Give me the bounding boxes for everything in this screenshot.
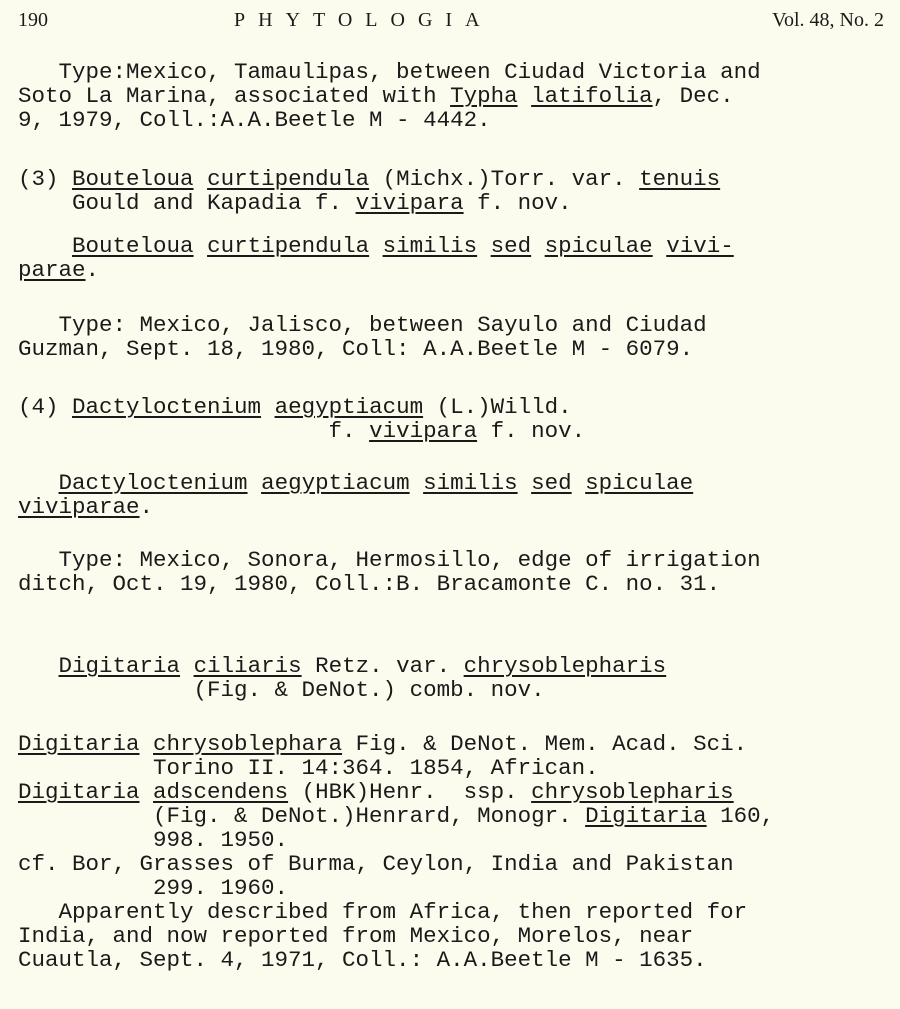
text-line: Cuautla, Sept. 4, 1971, Coll.: A.A.Beetl… bbox=[18, 948, 774, 972]
text-run: Type: Mexico, Sonora, Hermosillo, edge o… bbox=[18, 547, 761, 573]
taxon-name: ciliaris bbox=[194, 653, 302, 679]
taxon-name: similis bbox=[383, 233, 478, 259]
text-line: viviparae. bbox=[18, 495, 693, 519]
taxon-name: viviparae bbox=[18, 494, 140, 520]
taxon-name: Dactyloctenium bbox=[59, 470, 248, 496]
diagnosis-entry-4: Dactyloctenium aegyptiacum similis sed s… bbox=[18, 471, 693, 519]
text-run: Apparently described from Africa, then r… bbox=[18, 899, 747, 925]
page-number: 190 bbox=[18, 8, 48, 32]
volume-issue: Vol. 48, No. 2 bbox=[772, 8, 884, 32]
text-run: 9, 1979, Coll.:A.A.Beetle M - 4442. bbox=[18, 107, 491, 133]
taxon-name: parae bbox=[18, 257, 86, 283]
text-line: Digitaria chrysoblephara Fig. & DeNot. M… bbox=[18, 732, 774, 756]
text-run bbox=[518, 83, 532, 109]
text-line: Torino II. 14:364. 1854, African. bbox=[18, 756, 774, 780]
text-line: (4) Dactyloctenium aegyptiacum (L.)Willd… bbox=[18, 395, 585, 419]
taxon-name: tenuis bbox=[639, 166, 720, 192]
text-run: Retz. var. bbox=[302, 653, 464, 679]
text-run bbox=[180, 653, 194, 679]
text-line: f. vivipara f. nov. bbox=[18, 419, 585, 443]
text-run: Torino II. 14:364. 1854, African. bbox=[18, 755, 599, 781]
taxon-name: Bouteloua bbox=[72, 233, 194, 259]
text-run bbox=[18, 233, 72, 259]
type-locality-tamaulipas: Type:Mexico, Tamaulipas, between Ciudad … bbox=[18, 60, 761, 132]
taxon-name: chrysoblepharis bbox=[531, 779, 734, 805]
taxon-name: vivi- bbox=[666, 233, 734, 259]
text-run: (L.)Willd. bbox=[423, 394, 572, 420]
text-run: f. nov. bbox=[477, 418, 585, 444]
text-run: (3) bbox=[18, 166, 72, 192]
text-run: f. bbox=[18, 418, 369, 444]
text-run bbox=[18, 653, 59, 679]
text-run: . bbox=[140, 494, 154, 520]
text-run: (Fig. & DeNot.)Henrard, Monogr. bbox=[18, 803, 585, 829]
text-line: Type: Mexico, Jalisco, between Sayulo an… bbox=[18, 313, 707, 337]
text-run: Type:Mexico, Tamaulipas, between Ciudad … bbox=[18, 59, 761, 85]
taxon-name: Digitaria bbox=[59, 653, 181, 679]
journal-title: PHYTOLOGIA bbox=[234, 8, 493, 32]
text-run: Type: Mexico, Jalisco, between Sayulo an… bbox=[18, 312, 707, 338]
taxon-name: chrysoblephara bbox=[153, 731, 342, 757]
text-run: ditch, Oct. 19, 1980, Coll.:B. Bracamont… bbox=[18, 571, 720, 597]
text-run bbox=[369, 233, 383, 259]
text-run: 998. 1950. bbox=[18, 827, 288, 853]
type-locality-jalisco: Type: Mexico, Jalisco, between Sayulo an… bbox=[18, 313, 707, 361]
text-run: (Fig. & DeNot.) comb. nov. bbox=[18, 677, 545, 703]
text-line: Type:Mexico, Tamaulipas, between Ciudad … bbox=[18, 60, 761, 84]
taxon-name: curtipendula bbox=[207, 166, 369, 192]
text-run bbox=[531, 233, 545, 259]
text-run bbox=[477, 233, 491, 259]
taxon-name: sed bbox=[491, 233, 532, 259]
taxon-entry-3: (3) Bouteloua curtipendula (Michx.)Torr.… bbox=[18, 167, 720, 215]
text-run: (4) bbox=[18, 394, 72, 420]
text-line: cf. Bor, Grasses of Burma, Ceylon, India… bbox=[18, 852, 774, 876]
taxon-entry-4: (4) Dactyloctenium aegyptiacum (L.)Willd… bbox=[18, 395, 585, 443]
taxon-name: aegyptiacum bbox=[261, 470, 410, 496]
text-run bbox=[140, 731, 154, 757]
digitaria-synonymy: Digitaria chrysoblephara Fig. & DeNot. M… bbox=[18, 732, 774, 972]
text-run bbox=[18, 470, 59, 496]
taxon-name: vivipara bbox=[356, 190, 464, 216]
text-line: (Fig. & DeNot.)Henrard, Monogr. Digitari… bbox=[18, 804, 774, 828]
text-line: Bouteloua curtipendula similis sed spicu… bbox=[18, 234, 734, 258]
taxon-name: spiculae bbox=[585, 470, 693, 496]
taxon-name: Digitaria bbox=[18, 779, 140, 805]
taxon-name: Digitaria bbox=[18, 731, 140, 757]
text-run bbox=[410, 470, 424, 496]
taxon-name: Bouteloua bbox=[72, 166, 194, 192]
text-run: cf. Bor, Grasses of Burma, Ceylon, India… bbox=[18, 851, 734, 877]
text-run: (Michx.)Torr. var. bbox=[369, 166, 639, 192]
taxon-name: curtipendula bbox=[207, 233, 369, 259]
taxon-name: Typha bbox=[450, 83, 518, 109]
text-run: India, and now reported from Mexico, Mor… bbox=[18, 923, 693, 949]
taxon-name: spiculae bbox=[545, 233, 653, 259]
text-run: 299. 1960. bbox=[18, 875, 288, 901]
text-run: Cuautla, Sept. 4, 1971, Coll.: A.A.Beetl… bbox=[18, 947, 707, 973]
diagnosis-entry-3: Bouteloua curtipendula similis sed spicu… bbox=[18, 234, 734, 282]
text-run bbox=[653, 233, 667, 259]
text-line: Digitaria adscendens (HBK)Henr. ssp. chr… bbox=[18, 780, 774, 804]
taxon-name: sed bbox=[531, 470, 572, 496]
text-run: Gould and Kapadia f. bbox=[18, 190, 356, 216]
text-run: Fig. & DeNot. Mem. Acad. Sci. bbox=[342, 731, 747, 757]
text-run bbox=[140, 779, 154, 805]
running-header: 190 PHYTOLOGIA Vol. 48, No. 2 bbox=[18, 8, 884, 32]
text-run bbox=[248, 470, 262, 496]
text-line: Type: Mexico, Sonora, Hermosillo, edge o… bbox=[18, 548, 761, 572]
text-run bbox=[194, 233, 208, 259]
text-run: Guzman, Sept. 18, 1980, Coll: A.A.Beetle… bbox=[18, 336, 693, 362]
digitaria-heading: Digitaria ciliaris Retz. var. chrysoblep… bbox=[18, 654, 666, 702]
taxon-name: chrysoblepharis bbox=[464, 653, 667, 679]
text-line: Gould and Kapadia f. vivipara f. nov. bbox=[18, 191, 720, 215]
taxon-name: similis bbox=[423, 470, 518, 496]
taxon-name: Digitaria bbox=[585, 803, 707, 829]
text-run: , Dec. bbox=[653, 83, 734, 109]
text-line: Dactyloctenium aegyptiacum similis sed s… bbox=[18, 471, 693, 495]
text-run: f. nov. bbox=[464, 190, 572, 216]
taxon-name: Dactyloctenium bbox=[72, 394, 261, 420]
text-line: parae. bbox=[18, 258, 734, 282]
text-run: (HBK)Henr. ssp. bbox=[288, 779, 531, 805]
taxon-name: latifolia bbox=[531, 83, 653, 109]
text-line: 299. 1960. bbox=[18, 876, 774, 900]
text-run: Soto La Marina, associated with bbox=[18, 83, 450, 109]
text-run bbox=[572, 470, 586, 496]
taxon-name: adscendens bbox=[153, 779, 288, 805]
text-line: Guzman, Sept. 18, 1980, Coll: A.A.Beetle… bbox=[18, 337, 707, 361]
text-run bbox=[194, 166, 208, 192]
text-line: Apparently described from Africa, then r… bbox=[18, 900, 774, 924]
text-line: (Fig. & DeNot.) comb. nov. bbox=[18, 678, 666, 702]
text-line: Digitaria ciliaris Retz. var. chrysoblep… bbox=[18, 654, 666, 678]
text-run: . bbox=[86, 257, 100, 283]
text-line: 9, 1979, Coll.:A.A.Beetle M - 4442. bbox=[18, 108, 761, 132]
text-line: 998. 1950. bbox=[18, 828, 774, 852]
type-locality-sonora: Type: Mexico, Sonora, Hermosillo, edge o… bbox=[18, 548, 761, 596]
taxon-name: aegyptiacum bbox=[275, 394, 424, 420]
text-run bbox=[518, 470, 532, 496]
text-line: Soto La Marina, associated with Typha la… bbox=[18, 84, 761, 108]
text-run bbox=[261, 394, 275, 420]
text-line: ditch, Oct. 19, 1980, Coll.:B. Bracamont… bbox=[18, 572, 761, 596]
text-run: 160, bbox=[707, 803, 775, 829]
taxon-name: vivipara bbox=[369, 418, 477, 444]
text-line: (3) Bouteloua curtipendula (Michx.)Torr.… bbox=[18, 167, 720, 191]
text-line: India, and now reported from Mexico, Mor… bbox=[18, 924, 774, 948]
